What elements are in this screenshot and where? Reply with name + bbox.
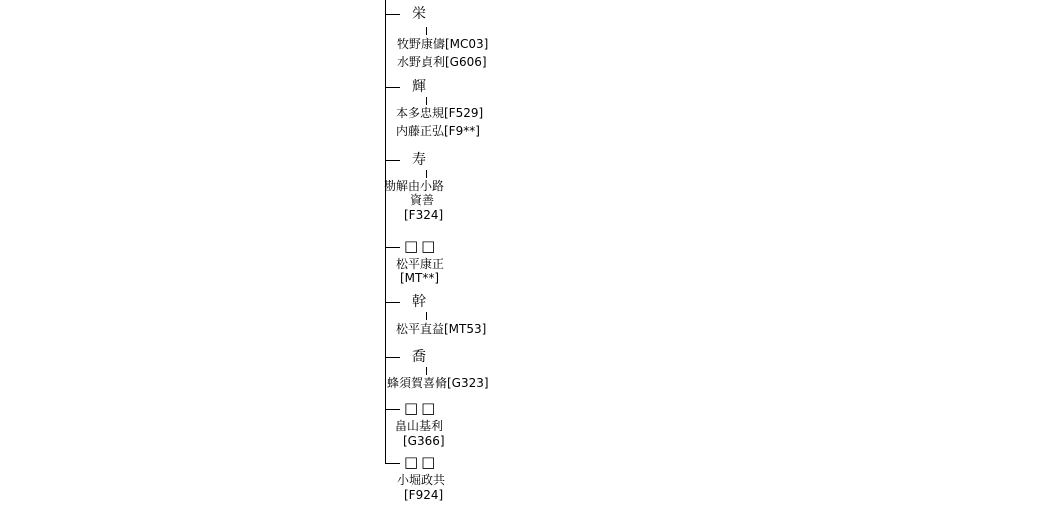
genealogy-tree: 栄 牧野康儔[MC03] 水野貞利[G606] 輝 本多忠規[F529] 内藤正… xyxy=(0,0,1043,520)
tree-trunk-line xyxy=(385,0,386,464)
tree-branch-line xyxy=(385,463,400,464)
tree-branch-line xyxy=(385,87,400,88)
relation-connector-line xyxy=(426,27,427,35)
related-person-name: 松平直益[MT53] xyxy=(396,323,486,336)
related-person-name: 松平康正 xyxy=(396,258,444,271)
person-reference-code: [F924] xyxy=(404,489,443,502)
tree-branch-line xyxy=(385,247,400,248)
person-reference-code: [G366] xyxy=(403,435,445,448)
relation-connector-line xyxy=(426,312,427,320)
person-name-label: 寿 xyxy=(412,153,426,167)
tree-branch-line xyxy=(385,14,400,15)
person-name-label: 幹 xyxy=(412,295,426,309)
tree-branch-line xyxy=(385,409,400,410)
person-name-label: 輝 xyxy=(412,80,426,94)
related-person-name: 内藤正弘[F9**] xyxy=(396,125,480,138)
related-person-name: 小堀政共 xyxy=(397,474,445,487)
related-person-name: 資善 xyxy=(410,194,434,207)
person-name-placeholder: □□ xyxy=(404,455,438,470)
tree-branch-line xyxy=(385,160,400,161)
relation-connector-line xyxy=(426,97,427,105)
person-name-placeholder: □□ xyxy=(404,239,438,254)
person-reference-code: [MT**] xyxy=(400,272,439,285)
relation-connector-line xyxy=(426,170,427,178)
related-person-name: 蜂須賀喜脩[G323] xyxy=(387,377,489,390)
person-name-label: 栄 xyxy=(412,7,426,21)
relation-connector-line xyxy=(426,367,427,375)
tree-branch-line xyxy=(385,302,400,303)
person-reference-code: [F324] xyxy=(404,209,443,222)
related-person-name: 牧野康儔[MC03] xyxy=(397,38,488,51)
tree-branch-line xyxy=(385,357,400,358)
related-person-name: 本多忠規[F529] xyxy=(396,107,483,120)
person-name-placeholder: □□ xyxy=(404,401,438,416)
person-name-label: 喬 xyxy=(412,350,426,364)
related-person-name: 水野貞利[G606] xyxy=(397,56,487,69)
related-person-name: 勘解由小路 xyxy=(384,180,444,193)
related-person-name: 畠山基利 xyxy=(395,420,443,433)
